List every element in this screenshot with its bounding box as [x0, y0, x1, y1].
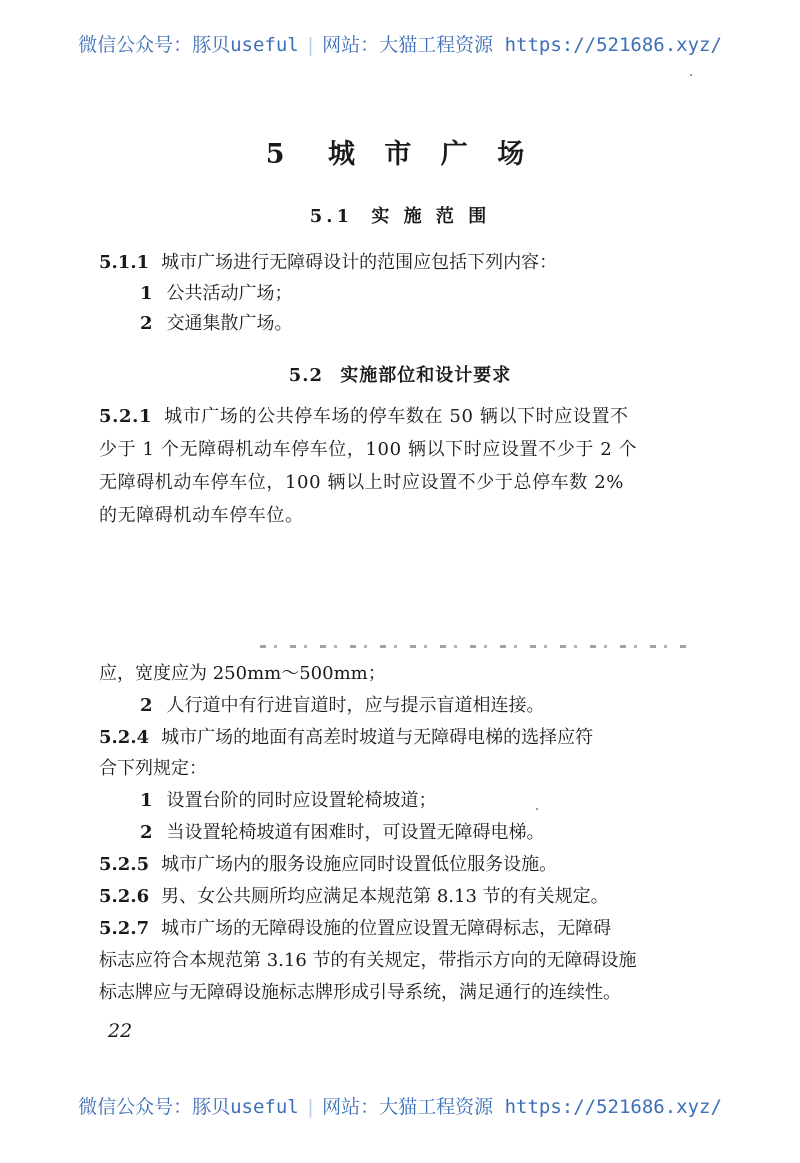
item-text: 交通集散广场。	[167, 313, 293, 334]
clause-text: 男、女公共厕所均应满足本规范第 8.13 节的有关规定。	[161, 886, 609, 907]
watermark-separator: |	[305, 34, 316, 56]
item-number: 2	[140, 313, 153, 334]
clause-text: 城市广场内的服务设施应同时设置低位服务设施。	[161, 854, 557, 875]
chapter-title: 5 城 市 广 场	[0, 132, 800, 171]
clause-5-2-5: 5.2.5城市广场内的服务设施应同时设置低位服务设施。	[99, 852, 557, 878]
item-number: 1	[140, 283, 153, 304]
clause-text-line: 的无障碍机动车停车位。	[99, 503, 304, 529]
item-text: 当设置轮椅坡道有困难时，可设置无障碍电梯。	[167, 822, 545, 843]
clause-5-2-1: 5.2.1城市广场的公共停车场的停车数在 50 辆以下时应设置不	[99, 404, 629, 430]
page-number: 22	[108, 1020, 132, 1042]
cropped-text-remnant	[260, 645, 690, 648]
clause-text-line: 少于 1 个无障碍机动车停车位，100 辆以下时应设置不少于 2 个	[99, 437, 637, 463]
clause-number: 5.2.7	[99, 918, 149, 939]
clause-number: 5.1.1	[99, 252, 149, 273]
list-item: 2交通集散广场。	[140, 311, 293, 337]
item-number: 1	[140, 790, 153, 811]
watermark-wechat: 微信公众号：豚贝useful	[78, 34, 299, 56]
clause-text-line: 标志牌应与无障碍设施标志牌形成引导系统，满足通行的连续性。	[99, 980, 621, 1006]
clause-number: 5.2.5	[99, 854, 149, 875]
clause-text: 城市广场的地面有高差时坡道与无障碍电梯的选择应符	[161, 727, 593, 748]
section-name: 实 施 范 围	[371, 206, 490, 227]
item-number: 2	[140, 822, 153, 843]
item-text: 设置台阶的同时应设置轮椅坡道；	[167, 790, 437, 811]
clause-number: 5.2.4	[99, 727, 149, 748]
clause-text: 城市广场进行无障碍设计的范围应包括下列内容：	[161, 252, 557, 273]
item-text: 人行道中有行进盲道时，应与提示盲道相连接。	[167, 695, 545, 716]
item-number: 2	[140, 695, 153, 716]
clause-5-2-7: 5.2.7城市广场的无障碍设施的位置应设置无障碍标志，无障碍	[99, 916, 611, 942]
watermark-footer: 微信公众号：豚贝useful|网站：大猫工程资源 https://521686.…	[0, 1092, 800, 1119]
clause-text-line: 无障碍机动车停车位，100 辆以上时应设置不少于总停车数 2%	[99, 470, 624, 496]
clause-text: 城市广场的公共停车场的停车数在 50 辆以下时应设置不	[164, 406, 629, 427]
clause-5-1-1: 5.1.1城市广场进行无障碍设计的范围应包括下列内容：	[99, 250, 557, 276]
scan-speck	[690, 74, 692, 76]
clause-text-line: 应，宽度应为 250mm～500mm；	[99, 661, 386, 687]
list-item: 1公共活动广场；	[140, 281, 293, 307]
clause-number: 5.2.1	[99, 406, 152, 427]
clause-number: 5.2.6	[99, 886, 149, 907]
list-item: 1设置台阶的同时应设置轮椅坡道；	[140, 788, 437, 814]
item-text: 公共活动广场；	[167, 283, 293, 304]
scan-speck	[536, 808, 538, 810]
chapter-number: 5	[266, 139, 295, 170]
watermark-website: 网站：大猫工程资源 https://521686.xyz/	[322, 1096, 722, 1118]
clause-5-2-6: 5.2.6男、女公共厕所均应满足本规范第 8.13 节的有关规定。	[99, 884, 609, 910]
watermark-header: 微信公众号：豚贝useful|网站：大猫工程资源 https://521686.…	[0, 30, 800, 57]
section-title-5-1: 5.1 实 施 范 围	[0, 202, 800, 228]
section-number: 5.2	[289, 365, 323, 386]
list-item: 2当设置轮椅坡道有困难时，可设置无障碍电梯。	[140, 820, 545, 846]
clause-text-line: 标志应符合本规范第 3.16 节的有关规定，带指示方向的无障碍设施	[99, 948, 637, 974]
list-item: 2人行道中有行进盲道时，应与提示盲道相连接。	[140, 693, 545, 719]
chapter-name: 城 市 广 场	[328, 139, 534, 170]
watermark-website: 网站：大猫工程资源 https://521686.xyz/	[322, 34, 722, 56]
section-number: 5.1	[310, 206, 353, 227]
section-title-5-2: 5.2 实施部位和设计要求	[0, 361, 800, 387]
clause-text-line: 合下列规定：	[99, 756, 207, 782]
watermark-separator: |	[305, 1096, 316, 1118]
watermark-wechat: 微信公众号：豚贝useful	[78, 1096, 299, 1118]
clause-5-2-4: 5.2.4城市广场的地面有高差时坡道与无障碍电梯的选择应符	[99, 725, 593, 751]
section-name: 实施部位和设计要求	[340, 365, 511, 386]
clause-text: 城市广场的无障碍设施的位置应设置无障碍标志，无障碍	[161, 918, 611, 939]
